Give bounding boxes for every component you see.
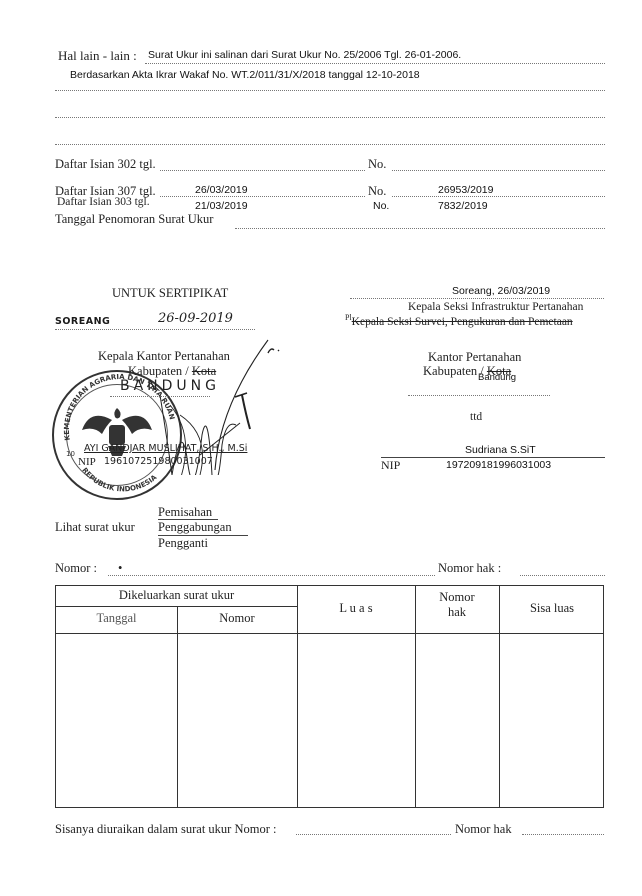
- di303-no: 7832/2019: [438, 200, 488, 212]
- th-nomor-hak-line2: hak: [415, 605, 499, 620]
- di302-no-label: No.: [368, 157, 386, 172]
- right-city: Bandung: [478, 372, 516, 383]
- right-signer-name: Sudriana S.SiT: [465, 444, 536, 456]
- nomor-field[interactable]: [108, 575, 435, 576]
- plt-prefix: Pl: [345, 313, 352, 322]
- nomor-value: •: [118, 561, 122, 576]
- blank-rule-2: [55, 117, 605, 118]
- nomor-hak-field[interactable]: [520, 575, 605, 576]
- right-nip-label: NIP: [381, 458, 400, 473]
- right-place-date-rule: [350, 298, 604, 299]
- footer-nomor-hak-field[interactable]: [522, 834, 604, 835]
- blank-rule-3: [55, 144, 605, 145]
- right-city-rule: [408, 395, 550, 396]
- sisanya-label: Sisanya diuraikan dalam surat ukur Nomor…: [55, 822, 276, 837]
- hal-lain-line2: Berdasarkan Akta Ikrar Wakaf No. WT.2/01…: [70, 69, 420, 81]
- lihat-option-penggabungan[interactable]: Penggabungan: [158, 520, 232, 535]
- nomor-label: Nomor :: [55, 561, 97, 576]
- lihat-option-pengganti[interactable]: Pengganti: [158, 536, 208, 551]
- th-sisa-luas: Sisa luas: [499, 601, 605, 616]
- tgl-penomoran-field[interactable]: [235, 228, 605, 229]
- tgl-penomoran-label: Tanggal Penomoran Surat Ukur: [55, 212, 213, 227]
- right-office: Kantor Pertanahan: [428, 350, 521, 365]
- nomor-hak-label: Nomor hak :: [438, 561, 501, 576]
- th-tanggal: Tanggal: [56, 611, 177, 626]
- di302-no-field[interactable]: [392, 170, 605, 171]
- di307-date-rule: [160, 196, 365, 197]
- place-date-rule: [55, 329, 255, 330]
- di307-no-label: No.: [368, 184, 386, 199]
- right-title-struck: Kepala Seksi Survei, Pengukuran dan Peme…: [352, 316, 573, 328]
- lihat-surat-ukur-label: Lihat surat ukur: [55, 520, 135, 535]
- th-nomor-hak-line1: Nomor: [415, 590, 499, 605]
- hal-lain-line1-rule: [145, 63, 605, 64]
- stamp-number: 10: [66, 450, 75, 458]
- right-title-struck-line: PlKepala Seksi Survei, Pengukuran dan Pe…: [345, 313, 573, 328]
- untuk-sertipikat-heading: UNTUK SERTIPIKAT: [112, 286, 228, 301]
- di307-no: 26953/2019: [438, 184, 493, 196]
- th-dikeluarkan-surat-ukur: Dikeluarkan surat ukur: [56, 588, 297, 603]
- di307-date: 26/03/2019: [195, 184, 248, 196]
- hal-lain-line1: Surat Ukur ini salinan dari Surat Ukur N…: [148, 49, 461, 61]
- right-place-date: Soreang, 26/03/2019: [452, 285, 550, 297]
- th-nomor: Nomor: [177, 611, 297, 626]
- th-nomor-hak: Nomor hak: [415, 590, 499, 620]
- right-name-rule: [381, 457, 605, 458]
- left-nip-label: NIP: [78, 456, 96, 468]
- blank-rule-1: [55, 90, 605, 91]
- di302-date-field[interactable]: [160, 170, 365, 171]
- sisanya-nomor-field[interactable]: [296, 834, 451, 835]
- group-header-rule: [56, 606, 297, 607]
- header-bottom-rule: [56, 633, 603, 634]
- right-title-current: Kepala Seksi Infrastruktur Pertanahan: [408, 301, 583, 313]
- di303-no-label: No.: [373, 200, 389, 212]
- col-divider-nomor-luas: [297, 586, 298, 807]
- hal-lain-label: Hal lain - lain :: [58, 48, 137, 64]
- di302-label: Daftar Isian 302 tgl.: [55, 157, 156, 172]
- right-nip: 197209181996031003: [446, 459, 551, 471]
- di307-no-rule: [392, 196, 605, 197]
- col-divider-nomorhak-sisa: [499, 586, 500, 807]
- th-luas: L u a s: [297, 601, 415, 616]
- ttd-mark: ttd: [470, 411, 482, 423]
- footer-nomor-hak-label: Nomor hak: [455, 822, 512, 837]
- lihat-option-pemisahan[interactable]: Pemisahan: [158, 505, 212, 520]
- handwritten-date: 26-09-2019: [158, 311, 233, 326]
- surat-ukur-table: Dikeluarkan surat ukur Tanggal Nomor L u…: [55, 585, 604, 808]
- handwritten-signature: [120, 335, 290, 475]
- di303-date: 21/03/2019: [195, 200, 248, 212]
- place-stamp: SOREANG: [55, 316, 110, 327]
- di303-label: Daftar Isian 303 tgl.: [57, 196, 150, 208]
- col-divider-tanggal-nomor: [177, 606, 178, 807]
